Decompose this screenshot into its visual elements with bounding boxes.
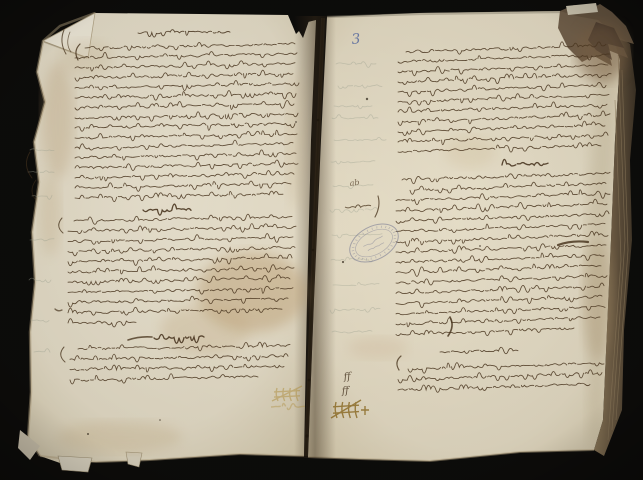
book-photo: abffff 3 xyxy=(0,0,643,480)
photo-vignette xyxy=(0,0,643,480)
manuscript-scan: abffff 3 xyxy=(0,0,643,480)
